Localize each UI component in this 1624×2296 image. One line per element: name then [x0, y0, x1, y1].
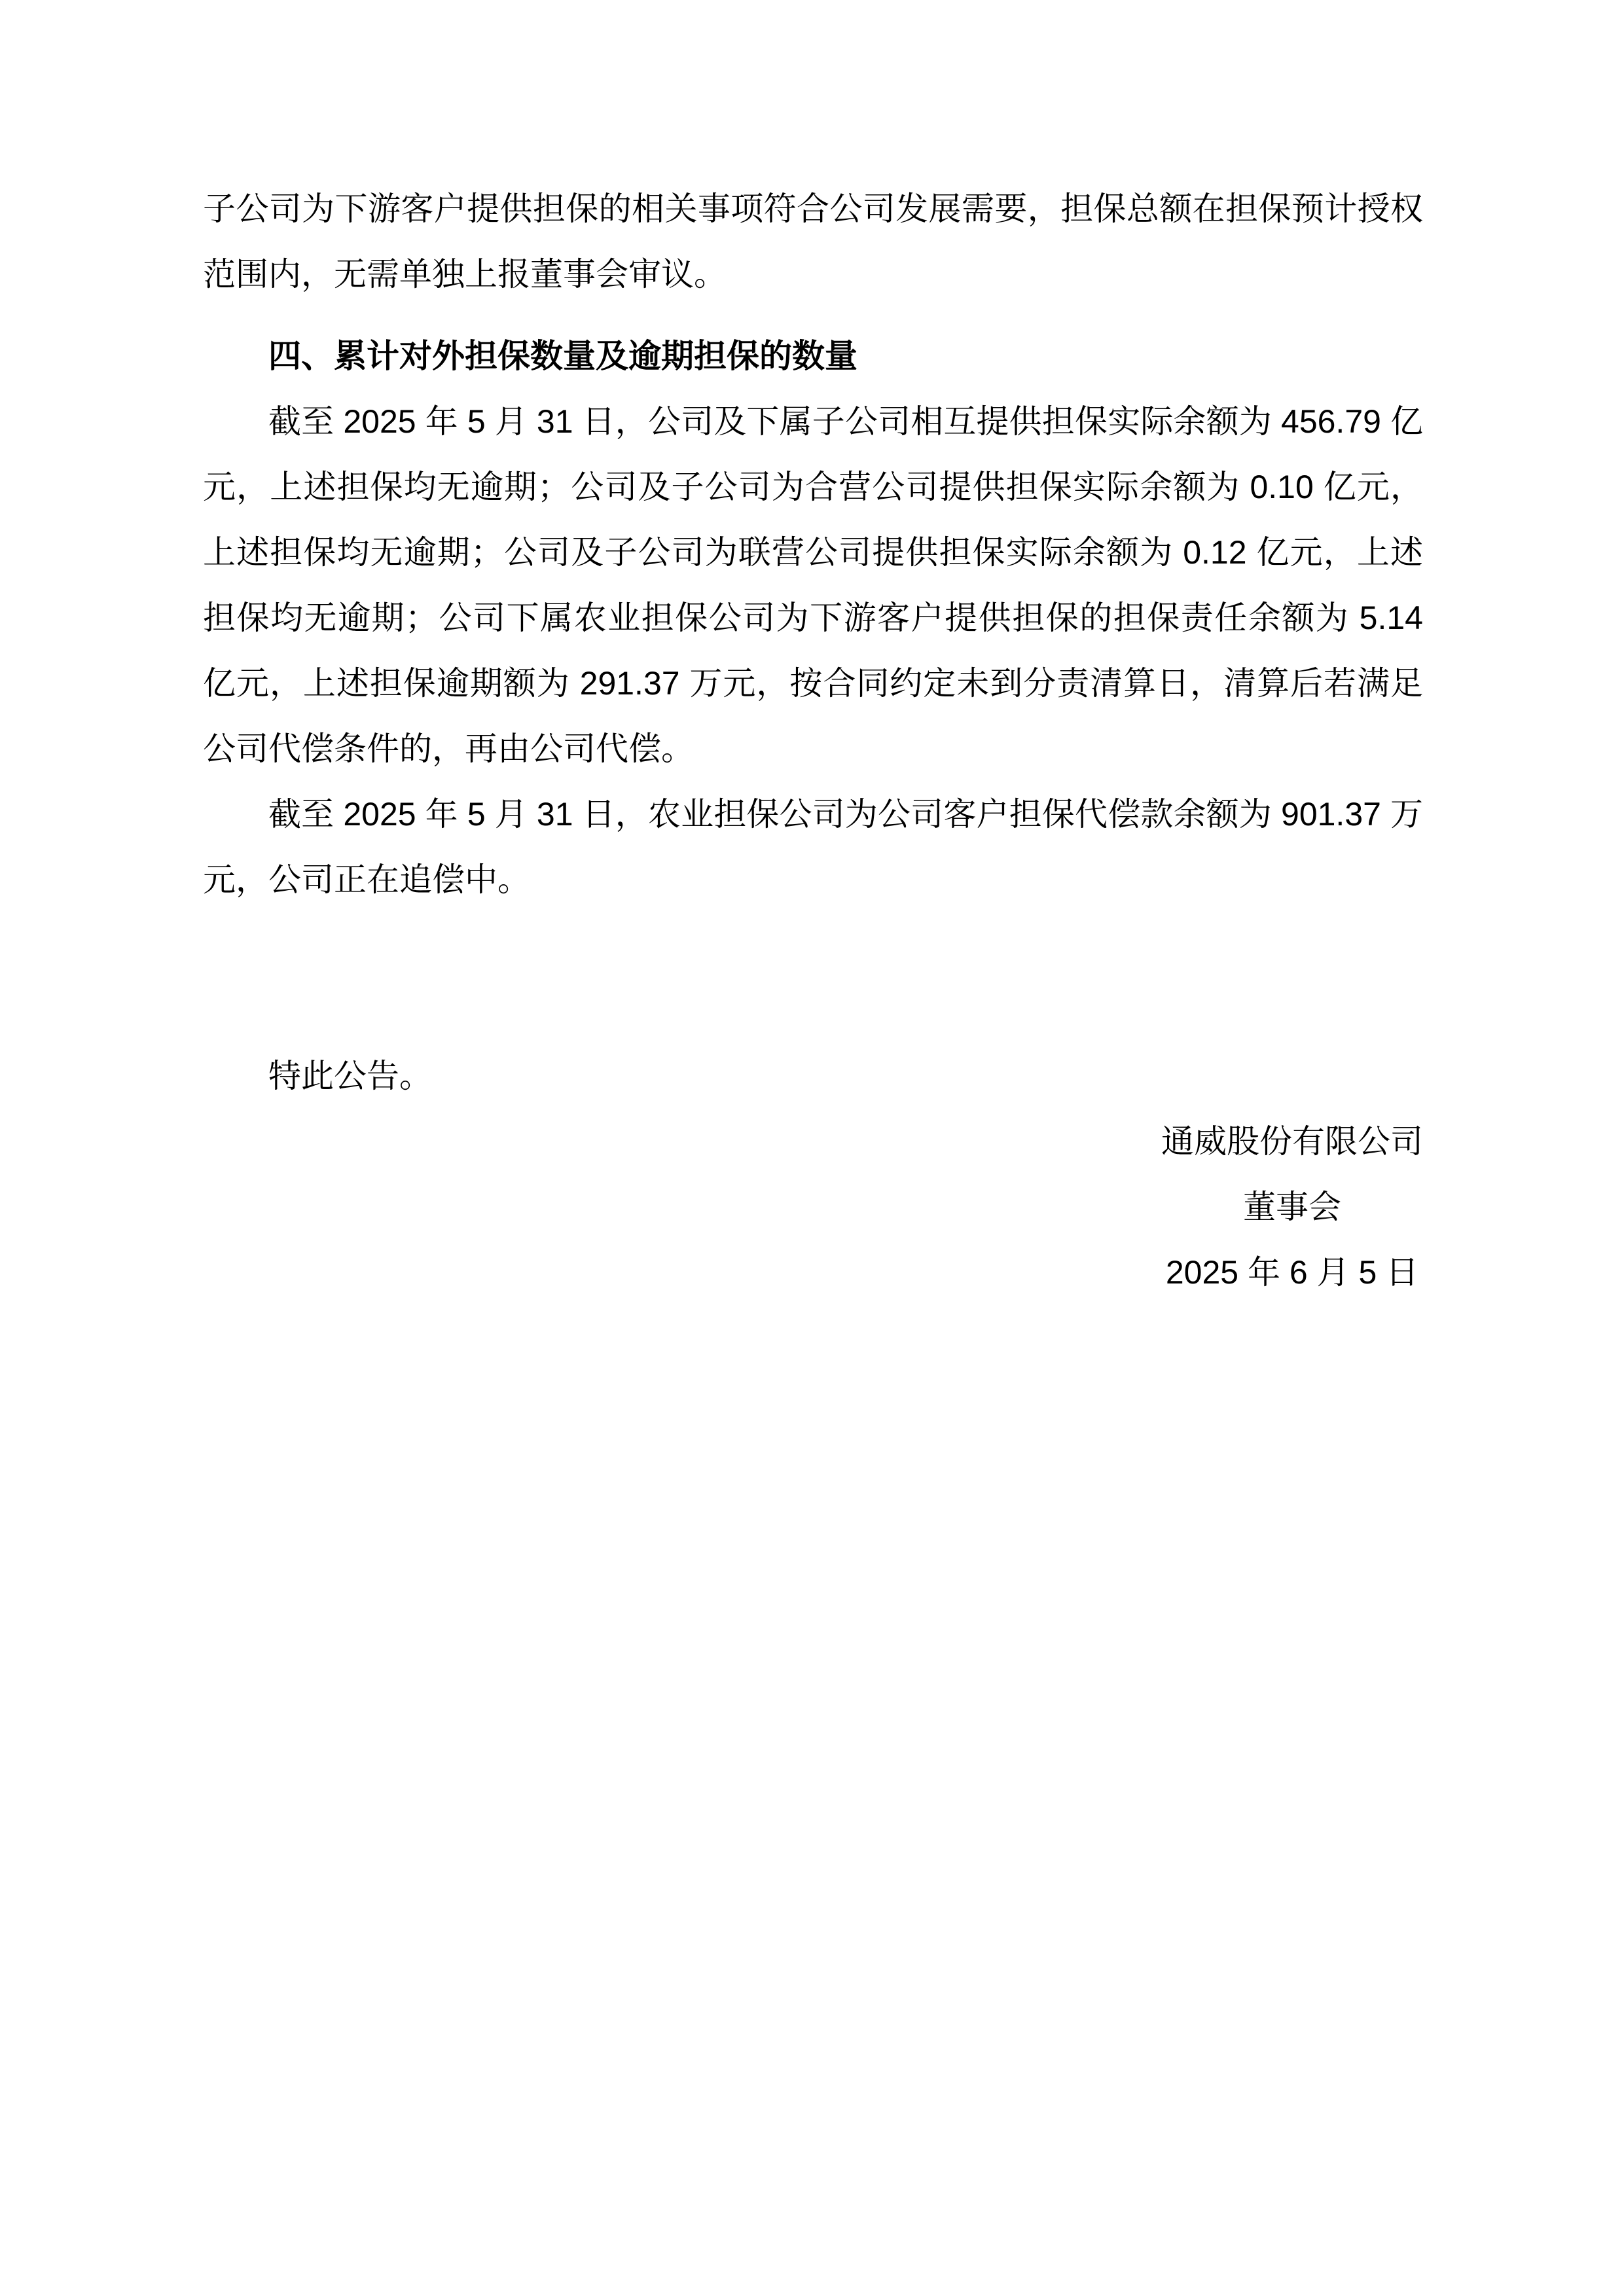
signature-board: 董事会: [1161, 1174, 1423, 1240]
closing-statement: 特此公告。: [203, 1043, 1423, 1109]
signature-block: 通威股份有限公司 董事会 2025 年 6 月 5 日: [1161, 1109, 1423, 1305]
signature-date: 2025 年 6 月 5 日: [1161, 1240, 1423, 1305]
continuation-paragraph: 子公司为下游客户提供担保的相关事项符合公司发展需要，担保总额在担保预计授权范围内…: [203, 176, 1423, 307]
paragraph-compensation-balance: 截至 2025 年 5 月 31 日，农业担保公司为公司客户担保代偿款余额为 9…: [203, 781, 1423, 912]
page-content: 子公司为下游客户提供担保的相关事项符合公司发展需要，担保总额在担保预计授权范围内…: [203, 176, 1423, 1305]
signature-company-name: 通威股份有限公司: [1161, 1109, 1423, 1174]
announcement-page: 子公司为下游客户提供担保的相关事项符合公司发展需要，担保总额在担保预计授权范围内…: [0, 0, 1624, 2296]
section-heading-cumulative-guarantees: 四、累计对外担保数量及逾期担保的数量: [203, 323, 1423, 389]
paragraph-cumulative-guarantees: 截至 2025 年 5 月 31 日，公司及下属子公司相互提供担保实际余额为 4…: [203, 389, 1423, 781]
